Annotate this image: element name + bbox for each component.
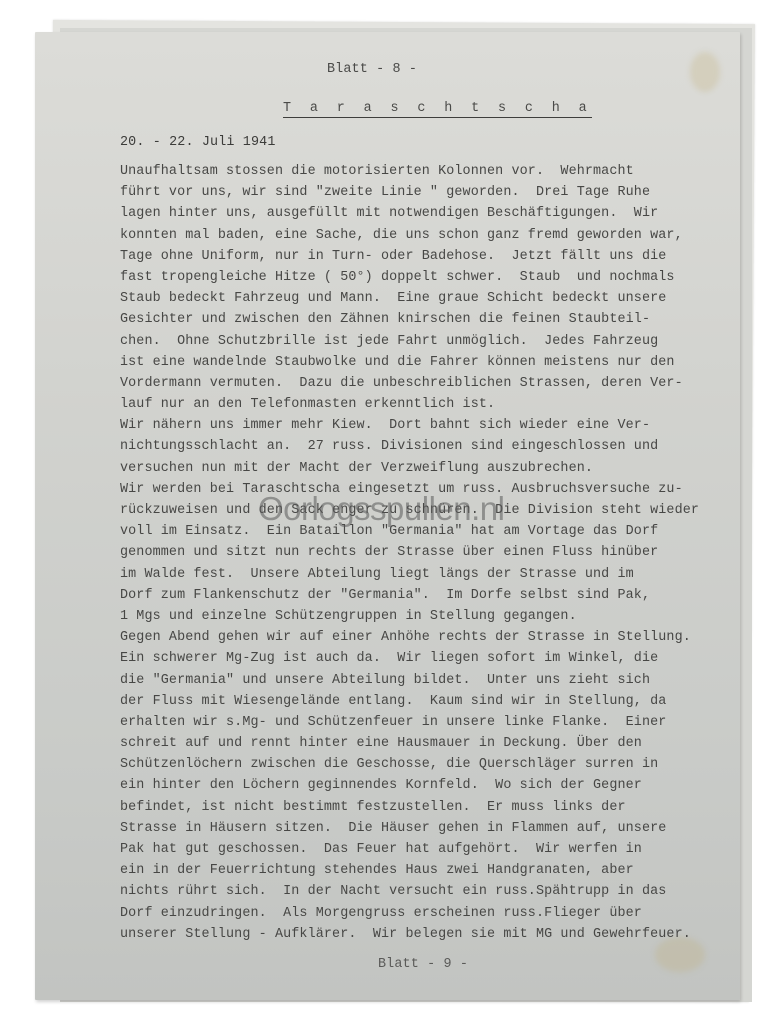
text-line: Dorf einzudringen. Als Morgengruss ersch… — [120, 903, 699, 924]
watermark: Oorlogsspullen.nl — [258, 490, 504, 528]
text-line: Gesichter und zwischen den Zähnen knirsc… — [120, 309, 699, 330]
date-line: 20. - 22. Juli 1941 — [120, 135, 276, 150]
text-line: konnten mal baden, eine Sache, die uns s… — [120, 225, 699, 246]
text-line: der Fluss mit Wiesengelände entlang. Kau… — [120, 691, 699, 712]
body-text: Unaufhaltsam stossen die motorisierten K… — [120, 161, 699, 945]
text-line: fast tropengleiche Hitze ( 50°) doppelt … — [120, 267, 699, 288]
text-line: Staub bedeckt Fahrzeug und Mann. Eine gr… — [120, 288, 699, 309]
text-line: schreit auf und rennt hinter eine Hausma… — [120, 733, 699, 754]
text-line: lagen hinter uns, ausgefüllt mit notwend… — [120, 203, 699, 224]
text-line: unserer Stellung - Aufklärer. Wir belege… — [120, 924, 699, 945]
text-line: führt vor uns, wir sind "zweite Linie " … — [120, 182, 699, 203]
text-line: Tage ohne Uniform, nur in Turn- oder Bad… — [120, 246, 699, 267]
text-line: chen. Ohne Schutzbrille ist jede Fahrt u… — [120, 331, 699, 352]
text-line: ein in der Feuerrichtung stehendes Haus … — [120, 860, 699, 881]
text-line: nichtungsschlacht an. 27 russ. Divisione… — [120, 436, 699, 457]
text-line: Vordermann vermuten. Dazu die unbeschrei… — [120, 373, 699, 394]
text-line: Strasse in Häusern sitzen. Die Häuser ge… — [120, 818, 699, 839]
paper-stain — [690, 52, 720, 92]
text-line: Unaufhaltsam stossen die motorisierten K… — [120, 161, 699, 182]
text-line: nichts rührt sich. In der Nacht versucht… — [120, 881, 699, 902]
text-line: ist eine wandelnde Staubwolke und die Fa… — [120, 352, 699, 373]
text-line: lauf nur an den Telefonmasten erkenntlic… — [120, 394, 699, 415]
page-header: Blatt - 8 - — [327, 62, 417, 77]
text-line: 1 Mgs und einzelne Schützengruppen in St… — [120, 606, 699, 627]
text-line: die "Germania" und unsere Abteilung bild… — [120, 670, 699, 691]
text-line: ein hinter den Löchern geginnendes Kornf… — [120, 775, 699, 796]
document-title: T a r a s c h t s c h a — [283, 101, 592, 118]
text-line: Schützenlöchern zwischen die Geschosse, … — [120, 754, 699, 775]
page-footer: Blatt - 9 - — [378, 957, 468, 972]
text-line: Wir nähern uns immer mehr Kiew. Dort bah… — [120, 415, 699, 436]
text-line: Dorf zum Flankenschutz der "Germania". I… — [120, 585, 699, 606]
text-line: versuchen nun mit der Macht der Verzweif… — [120, 458, 699, 479]
text-line: befindet, ist nicht bestimmt festzustell… — [120, 797, 699, 818]
text-line: Pak hat gut geschossen. Das Feuer hat au… — [120, 839, 699, 860]
text-line: Ein schwerer Mg-Zug ist auch da. Wir lie… — [120, 648, 699, 669]
text-line: im Walde fest. Unsere Abteilung liegt lä… — [120, 564, 699, 585]
text-line: Gegen Abend gehen wir auf einer Anhöhe r… — [120, 627, 699, 648]
text-line: erhalten wir s.Mg- und Schützenfeuer in … — [120, 712, 699, 733]
text-line: genommen und sitzt nun rechts der Strass… — [120, 542, 699, 563]
